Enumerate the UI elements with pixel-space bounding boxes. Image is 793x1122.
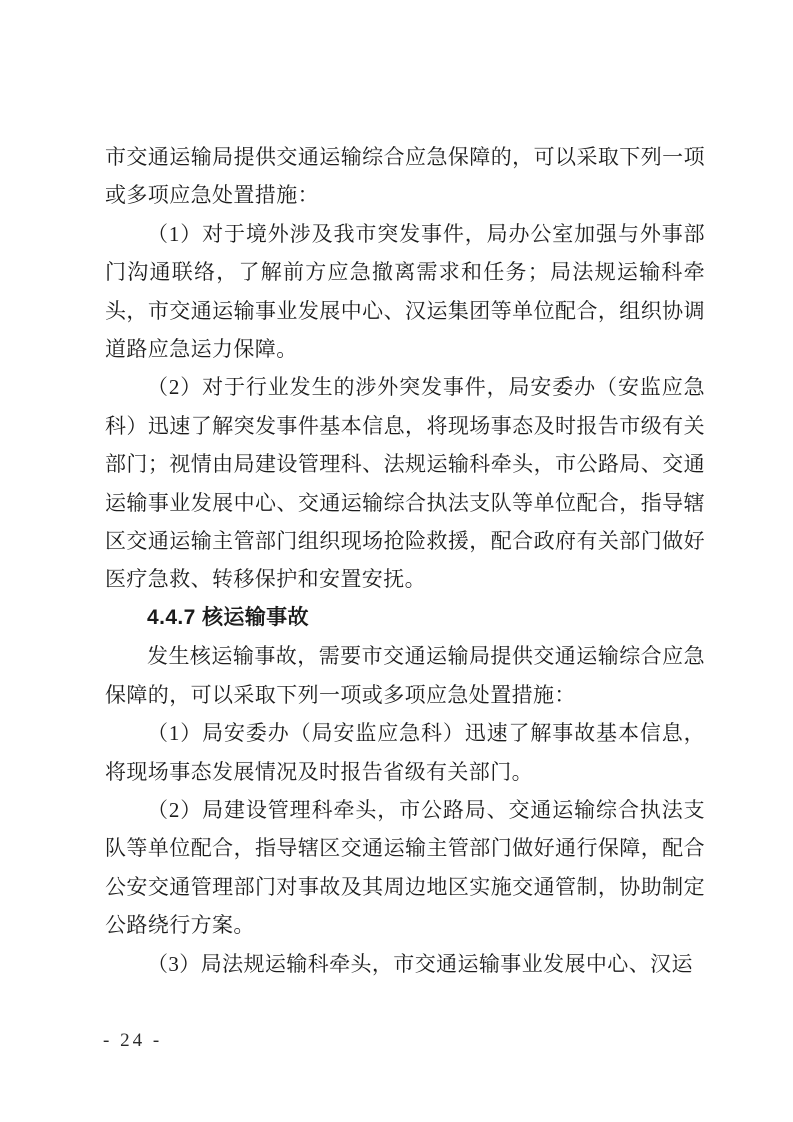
paragraph: （1）对于境外涉及我市突发事件，局办公室加强与外事部门沟通联络，了解前方应急撤离… xyxy=(105,215,705,369)
page-number: - 24 - xyxy=(103,1027,162,1055)
paragraph: （1）局安委办（局安监应急科）迅速了解事故基本信息，将现场事态发展情况及时报告省… xyxy=(105,714,705,791)
paragraph: （2）局建设管理科牵头，市公路局、交通运输综合执法支队等单位配合，指导辖区交通运… xyxy=(105,791,705,945)
document-body: 市交通运输局提供交通运输综合应急保障的，可以采取下列一项或多项应急处置措施：（1… xyxy=(105,138,705,983)
document-page: 市交通运输局提供交通运输综合应急保障的，可以采取下列一项或多项应急处置措施：（1… xyxy=(0,0,793,1122)
paragraph: （3）局法规运输科牵头，市交通运输事业发展中心、汉运 xyxy=(105,945,705,983)
paragraph: 市交通运输局提供交通运输综合应急保障的，可以采取下列一项或多项应急处置措施： xyxy=(105,138,705,215)
paragraph: （2）对于行业发生的涉外突发事件，局安委办（安监应急科）迅速了解突发事件基本信息… xyxy=(105,368,705,598)
paragraph: 发生核运输事故，需要市交通运输局提供交通运输综合应急保障的，可以采取下列一项或多… xyxy=(105,637,705,714)
section-heading: 4.4.7 核运输事故 xyxy=(105,599,705,637)
